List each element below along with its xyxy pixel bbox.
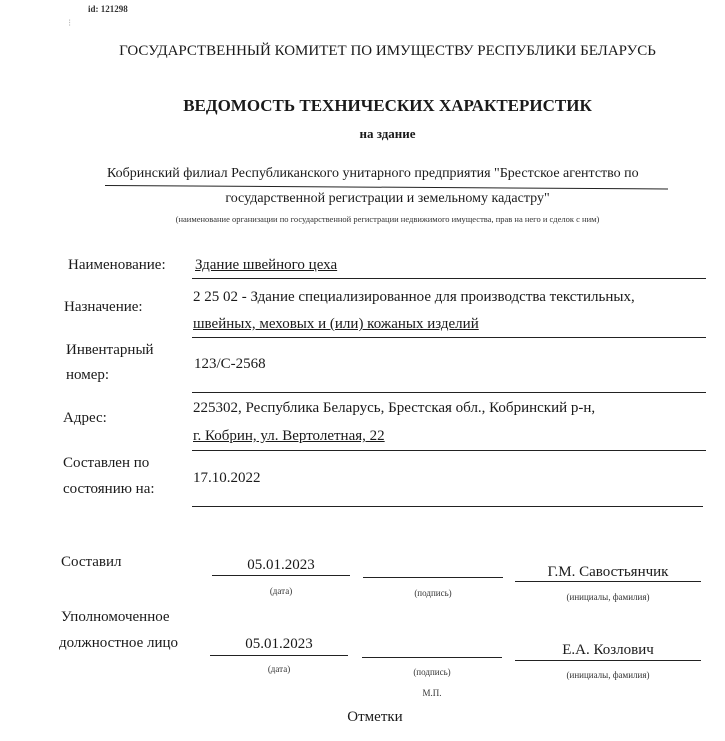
compiled-name: Г.М. Савостьянчик <box>515 564 701 581</box>
stamp-place: М.П. <box>362 688 502 698</box>
official-name-line <box>515 660 701 661</box>
organization-line-2: государственной регистрации и земельному… <box>0 191 725 207</box>
organization-underline <box>105 185 668 189</box>
field-value-name: Здание швейного цеха <box>195 257 337 274</box>
field-label-as-of-1: Составлен по <box>63 455 149 472</box>
field-underline-as-of <box>192 506 703 507</box>
document-id: id: 121298 <box>88 4 128 14</box>
field-underline-purpose <box>192 337 706 338</box>
notes-heading: Отметки <box>0 709 725 726</box>
field-label-inventory-2: номер: <box>66 367 109 384</box>
official-signature-caption: (подпись) <box>362 667 502 677</box>
official-label-1: Уполномоченное <box>61 609 170 626</box>
official-date-line <box>210 655 348 656</box>
official-signature-line <box>362 657 502 658</box>
field-value-inventory: 123/С-2568 <box>194 356 266 373</box>
field-value-address-line-1: 225302, Республика Беларусь, Брестская о… <box>193 400 595 417</box>
compiled-signature-caption: (подпись) <box>363 588 503 598</box>
field-label-name: Наименование: <box>68 257 166 274</box>
field-label-as-of-2: состоянию на: <box>63 481 155 498</box>
compiled-name-line <box>515 581 701 582</box>
field-label-inventory-1: Инвентарный <box>66 342 154 359</box>
compiled-date-line <box>212 575 350 576</box>
field-value-purpose-line-2: швейных, меховых и (или) кожаных изделий <box>193 316 479 333</box>
compiled-date: 05.01.2023 <box>212 557 350 574</box>
field-label-address: Адрес: <box>63 410 107 427</box>
document-title: ВЕДОМОСТЬ ТЕХНИЧЕСКИХ ХАРАКТЕРИСТИК <box>0 96 725 116</box>
official-date-caption: (дата) <box>210 664 348 674</box>
field-label-purpose: Назначение: <box>64 299 143 316</box>
scan-speck: ⁝ <box>68 18 71 29</box>
field-value-purpose-line-1: 2 25 02 - Здание специализированное для … <box>193 289 635 306</box>
field-value-address-line-2: г. Кобрин, ул. Вертолетная, 22 <box>193 428 385 445</box>
field-value-as-of: 17.10.2022 <box>193 470 261 487</box>
field-underline-inventory <box>192 392 706 393</box>
compiled-label: Составил <box>61 554 122 571</box>
field-underline-address <box>192 450 706 451</box>
official-name: Е.А. Козлович <box>515 642 701 659</box>
compiled-name-caption: (инициалы, фамилия) <box>515 592 701 602</box>
organization-caption: (наименование организации по государстве… <box>0 214 725 224</box>
organization-line-1: Кобринский филиал Республиканского унита… <box>107 166 639 182</box>
field-underline-name <box>192 278 706 279</box>
committee-heading: ГОСУДАРСТВЕННЫЙ КОМИТЕТ ПО ИМУЩЕСТВУ РЕС… <box>0 43 725 60</box>
compiled-date-caption: (дата) <box>212 586 350 596</box>
official-label-2: должностное лицо <box>59 635 178 652</box>
document-subtitle: на здание <box>0 126 725 142</box>
official-date: 05.01.2023 <box>210 636 348 653</box>
official-name-caption: (инициалы, фамилия) <box>515 670 701 680</box>
compiled-signature-line <box>363 577 503 578</box>
